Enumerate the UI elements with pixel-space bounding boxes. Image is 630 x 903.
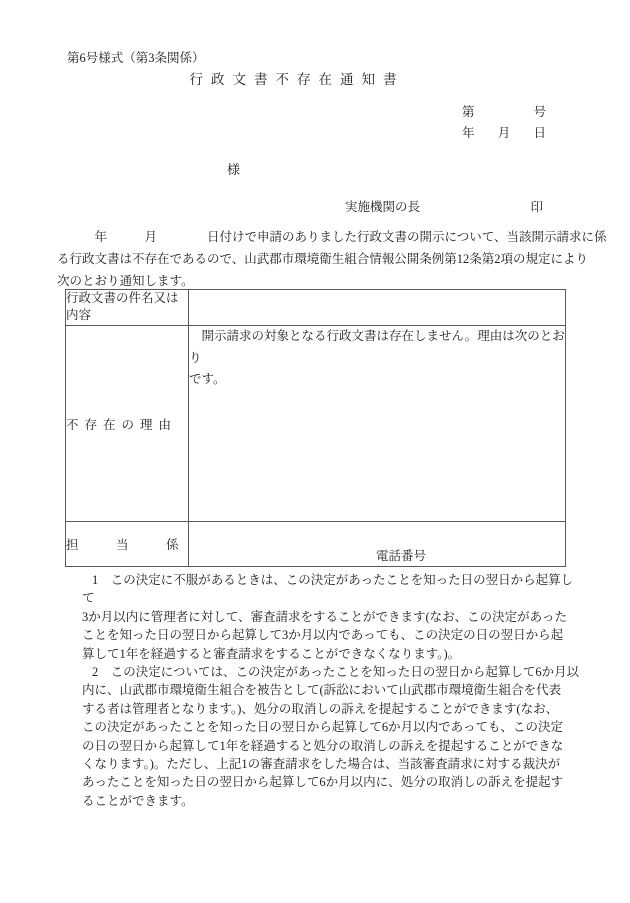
- form-number: 第6号様式（第3条関係）: [67, 48, 205, 66]
- notice-document-page: 第6号様式（第3条関係） 行政文書不存在通知書 第 号 年 月 日 様 実施機関…: [0, 0, 630, 903]
- table-row-subject: 行政文書の件名又は内容: [66, 290, 566, 326]
- issuer-line: 実施機関の長 印: [345, 197, 543, 215]
- date-month-label: 月: [498, 124, 511, 145]
- date-year-label: 年: [462, 124, 475, 145]
- doc-number-prefix: 第: [462, 103, 475, 124]
- note-item-2: 2 この決定については、この決定があったことを知った日の翌日から起算して6か月以…: [82, 663, 584, 810]
- intro-paragraph: 年 月 日付けで申請のありました行政文書の開示について、当該開示請求に係 る行政…: [57, 226, 619, 292]
- subject-value-cell: [189, 290, 566, 326]
- date-line: 年 月 日: [462, 124, 546, 145]
- document-title: 行政文書不存在通知書: [57, 68, 537, 88]
- notice-table: 行政文書の件名又は内容 不存在の理由 開示請求の対象となる行政文書は存在しません…: [65, 289, 566, 567]
- staff-label-cell: 担 当 係: [66, 522, 189, 567]
- note-item-1: 1 この決定に不服があるときは、この決定があったことを知った日の翌日から起算して…: [82, 571, 584, 663]
- date-day-label: 日: [533, 124, 546, 145]
- subject-label-cell: 行政文書の件名又は内容: [66, 290, 189, 326]
- table-row-reason: 不存在の理由 開示請求の対象となる行政文書は存在しません。理由は次のとおり です…: [66, 326, 566, 522]
- notes-section: 1 この決定に不服があるときは、この決定があったことを知った日の翌日から起算して…: [82, 571, 584, 810]
- table-row-staff: 担 当 係 電話番号: [66, 522, 566, 567]
- reason-value-cell: 開示請求の対象となる行政文書は存在しません。理由は次のとおり です。: [189, 326, 566, 522]
- document-number-line: 第 号: [462, 103, 546, 124]
- seal-mark: 印: [530, 197, 543, 215]
- addressee-honorific: 様: [227, 159, 240, 178]
- document-number-block: 第 号 年 月 日: [462, 103, 546, 145]
- doc-number-suffix: 号: [533, 103, 546, 124]
- phone-number-label: 電話番号: [189, 546, 565, 566]
- issuer-label: 実施機関の長: [345, 197, 420, 215]
- reason-label-cell: 不存在の理由: [66, 326, 189, 522]
- phone-cell: 電話番号: [189, 522, 566, 567]
